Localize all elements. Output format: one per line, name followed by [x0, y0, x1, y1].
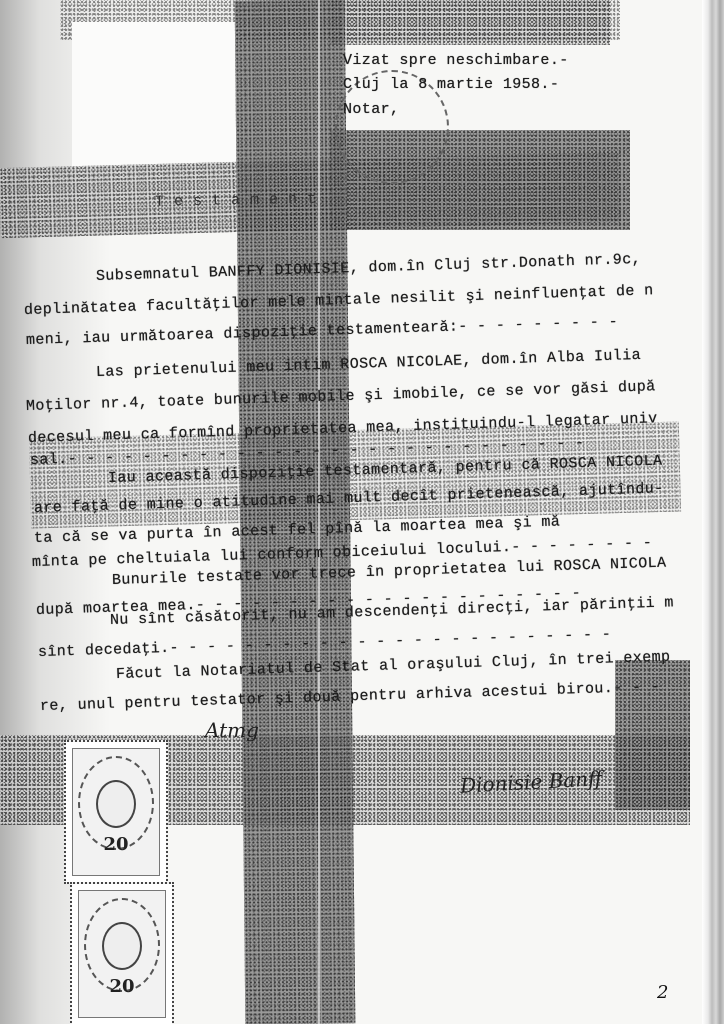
body-line: Las prietenului meu intim ROSCA NICOLAE,… — [96, 347, 642, 381]
visa-line-1: Vizat spre neschimbare.- — [343, 52, 569, 69]
blank-patch-top-left — [72, 22, 237, 172]
binding-edge — [702, 0, 724, 1024]
coat-of-arms-icon — [96, 780, 136, 828]
visa-line-2: Cluj la 8 martie 1958.- — [343, 76, 559, 93]
signature-left: Atmg — [205, 718, 259, 742]
revenue-stamp: 20 — [64, 740, 168, 884]
body-line: Subsemnatul BANFFY DIONISIE, dom.în Cluj… — [96, 251, 642, 285]
visa-line-3: Notar, — [343, 101, 399, 118]
stamp-value: 20 — [66, 834, 166, 855]
copy-noise-top-right — [330, 0, 610, 45]
coat-of-arms-icon — [102, 922, 142, 970]
document-page: Vizat spre neschimbare.- Cluj la 8 marti… — [0, 0, 724, 1024]
revenue-stamp: 20 — [70, 882, 174, 1024]
document-heading: Testament — [155, 191, 326, 211]
tape-seam-line — [318, 0, 320, 1024]
page-number: 2 — [657, 982, 668, 1003]
tape-shadow-vertical — [235, 0, 356, 1024]
stamp-value: 20 — [72, 976, 172, 997]
